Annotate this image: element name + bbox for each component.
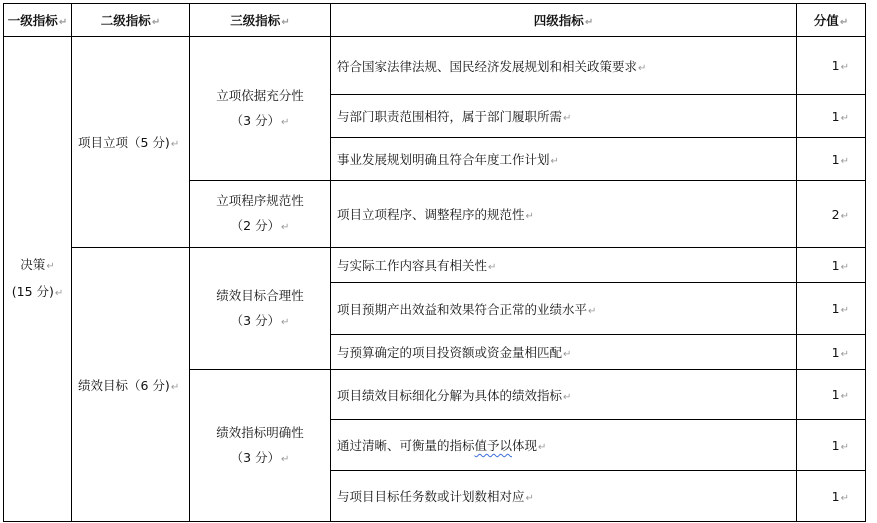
header-level1: 一级指标↵ [4,4,72,37]
level3-cell: 立项程序规范性 （2 分）↵ [190,181,331,248]
level4-cell: 通过清晰、可衡量的指标值予以体现↵ [331,420,797,471]
score-cell: 1↵ [797,138,866,181]
header-level2: 二级指标↵ [72,4,190,37]
level4-cell: 事业发展规划明确且符合年度工作计划↵ [331,138,797,181]
level4-cell: 与项目目标任务数或计划数相对应↵ [331,471,797,522]
level1-cell: 决策↵ (15 分)↵ [4,37,72,522]
score-cell: 1↵ [797,370,866,420]
level4-cell: 项目绩效目标细化分解为具体的绩效指标↵ [331,370,797,420]
level4-cell: 与预算确定的项目投资额或资金量相匹配↵ [331,335,797,370]
spellcheck-underline[interactable]: 值予以 [475,438,513,453]
level2-cell: 绩效目标（6 分)↵ [72,248,190,522]
level4-cell: 符合国家法律法规、国民经济发展规划和相关政策要求↵ [331,37,797,95]
header-level3: 三级指标↵ [190,4,331,37]
level3-cell: 绩效目标合理性 （3 分）↵ [190,248,331,370]
header-row: 一级指标↵ 二级指标↵ 三级指标↵ 四级指标↵ 分值↵ [4,4,866,37]
header-score: 分值↵ [797,4,866,37]
level4-cell: 项目预期产出效益和效果符合正常的业绩水平↵ [331,283,797,335]
table-row: 决策↵ (15 分)↵ 项目立项（5 分)↵ 立项依据充分性 （3 分）↵ 符合… [4,37,866,95]
level4-cell: 与实际工作内容具有相关性↵ [331,248,797,283]
score-cell: 1↵ [797,248,866,283]
indicator-table: 一级指标↵ 二级指标↵ 三级指标↵ 四级指标↵ 分值↵ 决策↵ (15 分)↵ … [3,3,866,522]
score-cell: 1↵ [797,37,866,95]
table-row: 绩效目标（6 分)↵ 绩效目标合理性 （3 分）↵ 与实际工作内容具有相关性↵ … [4,248,866,283]
header-level4: 四级指标↵ [331,4,797,37]
level4-cell: 与部门职责范围相符，属于部门履职所需↵ [331,95,797,138]
score-cell: 1↵ [797,335,866,370]
level3-cell: 立项依据充分性 （3 分）↵ [190,37,331,181]
level2-cell: 项目立项（5 分)↵ [72,37,190,248]
score-cell: 2↵ [797,181,866,248]
level4-cell: 项目立项程序、调整程序的规范性↵ [331,181,797,248]
score-cell: 1↵ [797,95,866,138]
level3-cell: 绩效指标明确性 （3 分）↵ [190,370,331,522]
score-cell: 1↵ [797,420,866,471]
score-cell: 1↵ [797,283,866,335]
score-cell: 1↵ [797,471,866,522]
